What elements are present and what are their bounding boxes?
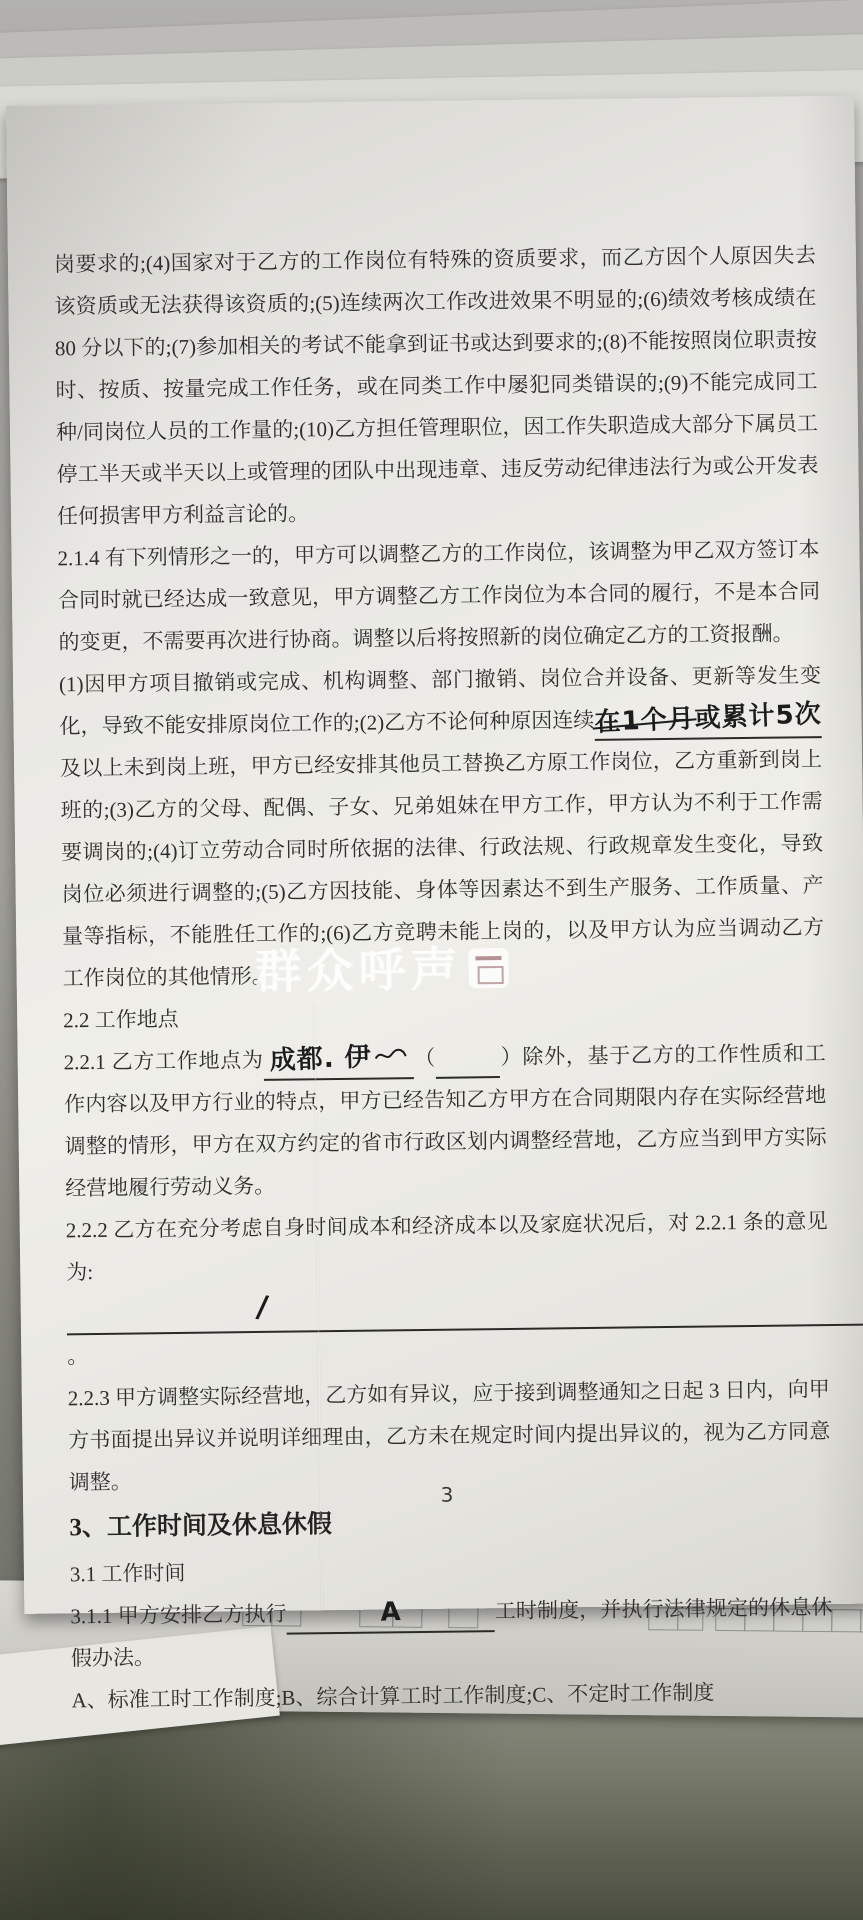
printed-text: 。	[67, 1344, 88, 1368]
handwriting: 在1个月或累计5次	[594, 697, 822, 740]
clause-3-1-1: 3.1.1 甲方安排乙方执行A工时制度，并执行法律规定的休息休假办法。	[70, 1586, 833, 1679]
printed-text: （	[413, 1046, 436, 1070]
printed-text: 及以上未到岗上班，甲方已经安排其他员工替换乙方原工作岗位，乙方重新到岗上班的;(…	[60, 747, 824, 990]
printed-text: 岗要求的;(4)国家对于乙方的工作岗位有特殊的资质要求，而乙方因个人原因失去该资…	[54, 243, 819, 528]
work-location-paren-blank	[436, 1038, 500, 1079]
grid-cell	[831, 1609, 861, 1632]
clause-2-2-2-answer-line: /。	[67, 1284, 830, 1377]
printed-text: 3.1 工作时间	[70, 1561, 186, 1586]
absence-times-blank: 在1个月或累计5次	[594, 698, 822, 741]
handwriting-scribble-icon	[373, 1042, 407, 1076]
clause-2-1-3-continuation: 岗要求的;(4)国家对于乙方的工作岗位有特殊的资质要求，而乙方因个人原因失去该资…	[54, 234, 820, 537]
handwriting: A	[379, 1595, 401, 1630]
clause-2-1-4: 2.1.4 有下列情形之一的，甲方可以调整乙方的工作岗位，该调整为甲乙双方签订本…	[57, 528, 820, 663]
printed-text: 2.2.1 乙方工作地点为	[64, 1048, 264, 1074]
printed-text: 2.2.3 甲方调整实际经营地，乙方如有异议，应于接到调整通知之日起 3 日内，…	[68, 1377, 831, 1494]
clause-2-1-4-items: (1)因甲方项目撤销或完成、机构调整、部门撤销、岗位合并设备、更新等发生变化，导…	[59, 654, 825, 999]
printed-text: 2.2.2 乙方在充分考虑自身时间成本和经济成本以及家庭状况后，对 2.2.1 …	[66, 1209, 828, 1284]
printed-text: 3.1.1 甲方安排乙方执行	[70, 1602, 287, 1629]
printed-text: 3、工作时间及休息休假	[69, 1511, 332, 1541]
clause-2-2-2: 2.2.2 乙方在充分考虑自身时间成本和经济成本以及家庭状况后，对 2.2.1 …	[65, 1200, 828, 1293]
handwriting: /	[255, 1290, 271, 1325]
printed-text: 2.1.4 有下列情形之一的，甲方可以调整乙方的工作岗位，该调整为甲乙双方签订本…	[57, 537, 820, 654]
handwriting: 成都. 伊	[269, 1040, 372, 1078]
clause-2-2-1: 2.2.1 乙方工作地点为成都. 伊（）除外，基于乙方的工作性质和工作内容以及甲…	[63, 1032, 827, 1209]
printed-text: A、标准工时工作制度;B、综合计算工时工作制度;C、不定时工作制度	[71, 1680, 714, 1712]
work-hour-system-blank: A	[286, 1592, 494, 1635]
contract-page: 岗要求的;(4)国家对于乙方的工作岗位有特殊的资质要求，而乙方因个人原因失去该资…	[6, 96, 863, 1614]
photo-scene: 岗要求的;(4)国家对于乙方的工作岗位有特殊的资质要求，而乙方因个人原因失去该资…	[0, 0, 863, 1920]
work-location-blank: 成都. 伊	[263, 1039, 413, 1081]
handwriting-struck: 在1个月	[594, 704, 695, 738]
opinion-blank: /	[67, 1285, 863, 1335]
printed-text: 2.2 工作地点	[63, 1007, 179, 1032]
